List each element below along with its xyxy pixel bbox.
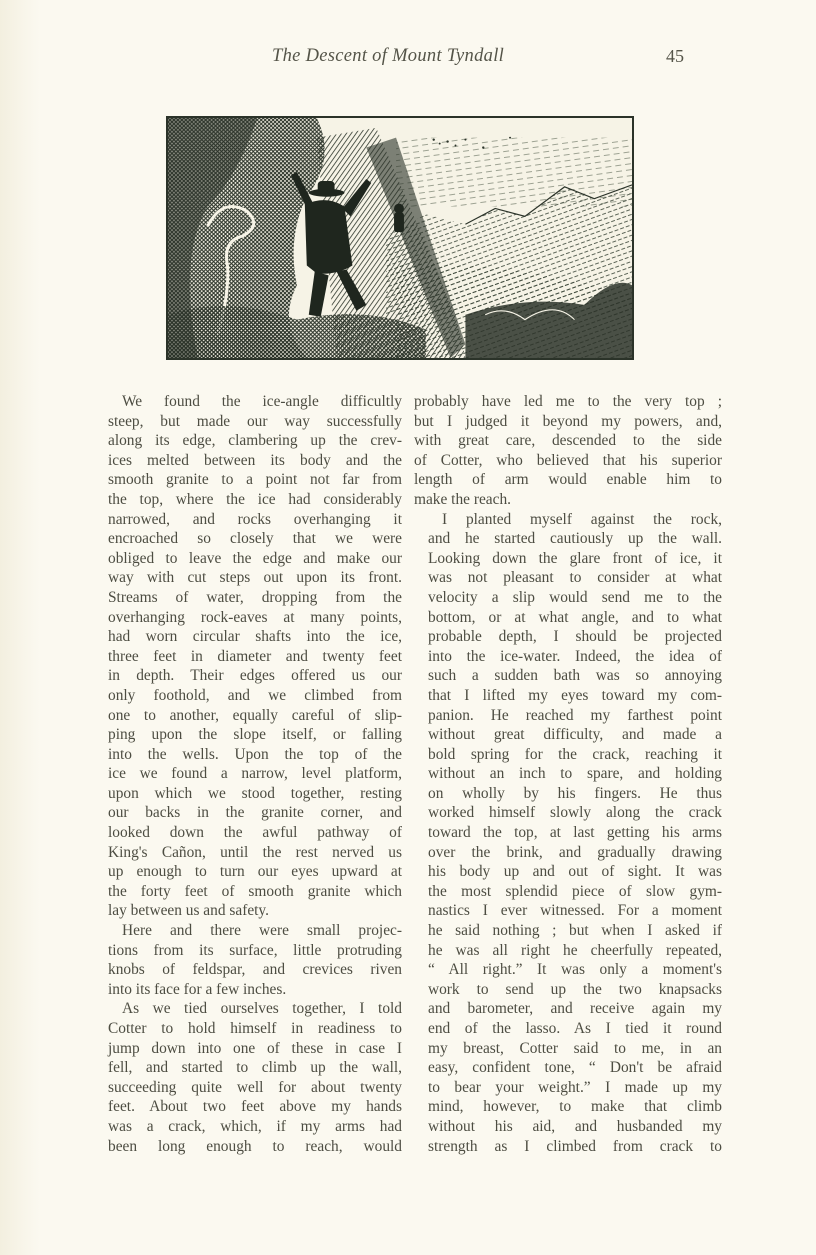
text-line: my breast, Cotter said to me, in an <box>414 1039 722 1059</box>
text-line: our backs in the granite corner, and <box>94 803 402 823</box>
text-line: toward the top, at last getting his arms <box>414 823 722 843</box>
text-line: of Cotter, who believed that his superio… <box>414 451 722 471</box>
text-line: into its face for a few inches. <box>94 980 402 1000</box>
text-line: work to send up the two knapsacks <box>414 980 722 1000</box>
text-line: on wholly by his fingers. He thus <box>414 784 722 804</box>
text-column-right: probably have led me to the very top ; b… <box>414 392 722 1156</box>
text-line: three feet in diameter and twenty feet <box>94 647 402 667</box>
text-line: Looking down the glare front of ice, it <box>414 549 722 569</box>
text-line: mind, however, to make that climb <box>414 1097 722 1117</box>
text-line: and barometer, and receive again my <box>414 999 722 1019</box>
paragraph: Here and there were small projec- tions … <box>94 921 402 999</box>
text-line: the forty feet of smooth granite which <box>94 882 402 902</box>
text-line: he said nothing ; but when I asked if <box>414 921 722 941</box>
text-line: along its edge, clambering up the crev- <box>94 431 402 451</box>
text-line: to bear your weight.” I made up my <box>414 1078 722 1098</box>
text-line: probable depth, I should be projected <box>414 627 722 647</box>
paragraph: We found the ice-angle difficultly steep… <box>94 392 402 921</box>
text-line: Streams of water, dropping from the <box>94 588 402 608</box>
text-line: that I lifted my eyes toward my com- <box>414 686 722 706</box>
text-line: nastics I ever witnessed. For a moment <box>414 901 722 921</box>
text-line: been long enough to reach, would <box>94 1137 402 1157</box>
text-line: easy, confident tone, “ Don't be afraid <box>414 1058 722 1078</box>
text-line: in depth. Their edges offered us our <box>94 666 402 686</box>
text-line: fell, and started to climb up the wall, <box>94 1058 402 1078</box>
text-line: was not pleasant to consider at what <box>414 568 722 588</box>
text-line: was a crack, which, if my arms had <box>94 1117 402 1137</box>
text-line: lay between us and safety. <box>94 901 402 921</box>
text-line: ices melted between its body and the <box>94 451 402 471</box>
text-line: King's Cañon, until the rest nerved us <box>94 843 402 863</box>
text-line: he was all right he cheerfully repeated, <box>414 941 722 961</box>
text-line: but I judged it beyond my powers, and, <box>414 412 722 432</box>
text-line: bold spring for the crack, reaching it <box>414 745 722 765</box>
text-line: with great care, descended to the side <box>414 431 722 451</box>
running-head: The Descent of Mount Tyndall 45 <box>0 46 816 70</box>
text-line: only foothold, and we climbed from <box>94 686 402 706</box>
text-line: the top, where the ice had considerably <box>94 490 402 510</box>
page-edge-shadow <box>0 0 40 1255</box>
text-line: velocity a slip would send me to the <box>414 588 722 608</box>
text-line: “ All right.” It was only a moment's <box>414 960 722 980</box>
text-line: one to another, equally careful of slip- <box>94 706 402 726</box>
text-line: ping upon the slope itself, or falling <box>94 725 402 745</box>
running-title: The Descent of Mount Tyndall <box>272 46 504 67</box>
text-line: steep, but made our way successfully <box>94 412 402 432</box>
text-line: feet. About two feet above my hands <box>94 1097 402 1117</box>
text-line: the most splendid piece of slow gym- <box>414 882 722 902</box>
text-line: bottom, or at what angle, and to what <box>414 608 722 628</box>
text-line: Cotter to hold himself in readiness to <box>94 1019 402 1039</box>
text-line: tions from its surface, little protrudin… <box>94 941 402 961</box>
text-line: length of arm would enable him to <box>414 470 722 490</box>
text-line: Here and there were small projec- <box>94 921 402 941</box>
text-line: over the brink, and gradually drawing <box>414 843 722 863</box>
text-line: strength as I climbed from crack to <box>414 1137 722 1157</box>
text-line: without great difficulty, and made a <box>414 725 722 745</box>
text-line: into the wells. Upon the top of the <box>94 745 402 765</box>
text-line: worked himself slowly along the crack <box>414 803 722 823</box>
text-line: smooth granite to a point not far from <box>94 470 402 490</box>
illustration-climber-engraving <box>166 116 634 360</box>
text-line: narrowed, and rocks overhanging it <box>94 510 402 530</box>
text-line: without his aid, and husbanded my <box>414 1117 722 1137</box>
paragraph: probably have led me to the very top ; b… <box>414 392 722 510</box>
text-line: overhanging rock-eaves at many points, <box>94 608 402 628</box>
text-line: into the ice-water. Indeed, the idea of <box>414 647 722 667</box>
engraving-image <box>168 118 632 358</box>
text-line: ice we found a narrow, level platform, <box>94 764 402 784</box>
text-line: obliged to leave the edge and make our <box>94 549 402 569</box>
text-line: make the reach. <box>414 490 722 510</box>
text-line: encroached so closely that we were <box>94 529 402 549</box>
text-line: probably have led me to the very top ; <box>414 392 722 412</box>
paragraph: I planted myself against the rock, and h… <box>414 510 722 1157</box>
text-line: end of the lasso. As I tied it round <box>414 1019 722 1039</box>
text-line: jump down into one of these in case I <box>94 1039 402 1059</box>
paragraph: As we tied ourselves together, I told Co… <box>94 999 402 1156</box>
text-line: looked down the awful pathway of <box>94 823 402 843</box>
text-line: succeeding quite well for about twenty <box>94 1078 402 1098</box>
text-line: We found the ice-angle difficultly <box>94 392 402 412</box>
text-line: without an inch to spare, and holding <box>414 764 722 784</box>
page-number: 45 <box>666 46 684 67</box>
text-line: I planted myself against the rock, <box>414 510 722 530</box>
text-line: his body up and out of sight. It was <box>414 862 722 882</box>
text-line: As we tied ourselves together, I told <box>94 999 402 1019</box>
text-line: such a sudden bath was so annoying <box>414 666 722 686</box>
text-line: way with cut steps out upon its front. <box>94 568 402 588</box>
text-line: had worn circular shafts into the ice, <box>94 627 402 647</box>
text-column-left: We found the ice-angle difficultly steep… <box>94 392 402 1156</box>
text-line: and he started cautiously up the wall. <box>414 529 722 549</box>
text-line: knobs of feldspar, and crevices riven <box>94 960 402 980</box>
text-line: panion. He reached my farthest point <box>414 706 722 726</box>
text-line: up enough to turn our eyes upward at <box>94 862 402 882</box>
text-line: upon which we stood together, resting <box>94 784 402 804</box>
